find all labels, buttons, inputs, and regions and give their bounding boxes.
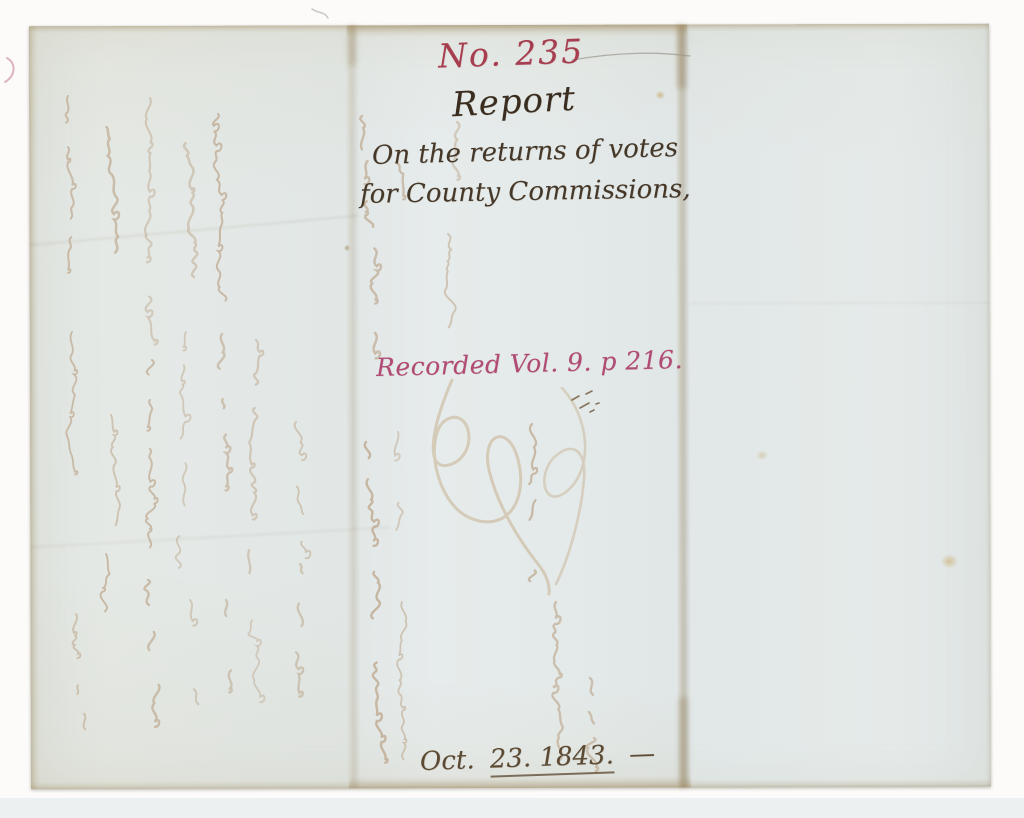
paper-panel-right	[681, 24, 991, 788]
folded-paper-sheet	[29, 24, 991, 790]
scanner-background-band	[0, 798, 1024, 818]
bottom-edge-stain-center	[349, 776, 691, 789]
paper-panel-center	[352, 25, 683, 789]
paper-crease-right-panel	[690, 302, 990, 305]
paper-panel-left	[29, 25, 354, 789]
paper-crease-lower-left	[30, 526, 390, 548]
fold-crease-right	[675, 25, 691, 788]
top-edge-stain	[29, 24, 989, 34]
fold-crease-left	[345, 25, 361, 788]
top-edge-stain-center	[347, 25, 687, 38]
left-edge-stain	[29, 26, 40, 789]
scanned-document-page: No. 235 Report On the returns of votes f…	[0, 0, 1024, 818]
bottom-edge-stain	[31, 779, 991, 790]
paper-crease-upper-left	[29, 215, 358, 247]
paper-stain	[940, 554, 958, 569]
paper-stain	[756, 450, 768, 460]
paper-stain	[655, 91, 665, 100]
paper-stain	[344, 244, 351, 251]
